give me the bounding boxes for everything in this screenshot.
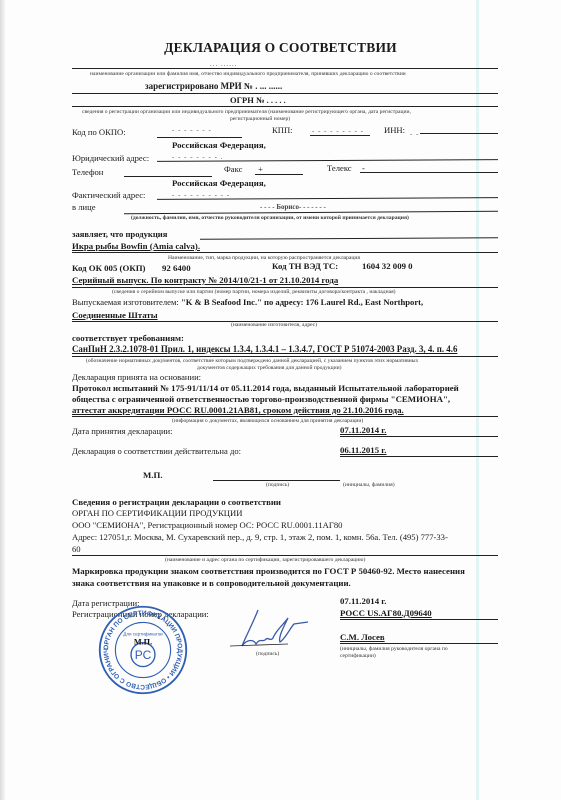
requirements: СанПиН 2.3.2.1078-01 Прил. 1, индексы 1.…: [72, 344, 457, 354]
org-name-caption: наименование организации или фамилия имя…: [90, 71, 406, 77]
kpp-line: [310, 135, 370, 136]
manufacturer-caption: (наименование изготовителя, адрес): [231, 322, 317, 328]
initials-caption: (инициалы, фамилия): [343, 482, 395, 488]
manufacturer: Выпускаемая изготовителем: "K & B Seafoo…: [72, 297, 423, 307]
inn-label: ИНН:: [384, 125, 405, 135]
telex-label: Телекс: [327, 163, 352, 173]
person-caption: (должность, фамилия, имя, отчество руков…: [131, 215, 409, 221]
svg-text:М.П.: М.П.: [134, 637, 152, 646]
head-name-line: [340, 643, 498, 644]
requirements-caption: (обозначение нормативных документов, соо…: [86, 358, 418, 364]
valid-until-value: 06.11.2015 г.: [340, 445, 387, 455]
serial-line: [72, 287, 498, 288]
legal-country: Российская Федерация,: [172, 140, 266, 150]
signature-caption: (подпись): [266, 482, 289, 488]
fax-label: Факс: [224, 164, 242, 174]
manufacturer-country: Соединенные Штаты: [72, 310, 158, 320]
okpo-value: - - - - - - -: [172, 126, 212, 134]
registration-heading: Сведения о регистрации декларации о соот…: [72, 497, 281, 507]
registration-address: 60: [72, 544, 81, 554]
telex-line: [360, 172, 498, 173]
scan-artifact-line: [476, 0, 479, 800]
basis-label: Декларация принята на основании:: [72, 372, 201, 382]
registration-caption: сведения о регистрации организации или и…: [82, 109, 411, 115]
serial-release: Серийный выпуск. По контракту № 2014/10/…: [72, 275, 338, 285]
head-caption: сертификации): [340, 653, 376, 659]
basis-line: [72, 416, 498, 417]
head-caption: (инициалы, фамилия руководителя органа п…: [340, 646, 448, 652]
svg-text:РС: РС: [135, 648, 152, 662]
reg-number-value: РОСС US.АГ80.Д09640: [340, 608, 432, 618]
actual-country: Российская Федерация,: [172, 178, 266, 188]
product-line: [72, 252, 498, 253]
acceptance-date-label: Дата принятия декларации:: [72, 426, 173, 436]
okpo-line: [157, 137, 242, 138]
fax-line: [255, 174, 303, 175]
serial-caption: (сведения о серийном выпуске или партии …: [112, 289, 396, 295]
registered-mri: зарегистрировано МРИ № . ... ......: [145, 81, 282, 91]
svg-text:Для сертификатов: Для сертификатов: [123, 631, 163, 636]
actual-address-label: Фактический адрес:: [72, 190, 145, 200]
valid-until-label: Декларация о соответствии действительна …: [72, 446, 241, 456]
registration-org: ООО "СЕМИОНА", Регистрационный номер ОС:…: [72, 520, 342, 530]
seal-stamp-icon: ОРГАН ПО СЕРТИФИКАЦИИ ПРОДУКЦИИ • ОБЩЕСТ…: [97, 604, 189, 696]
product-name: Икра рыбы Bowfin (Amia calva).: [72, 241, 200, 251]
manufacturer-value: "K & B Seafood Inc." по адресу: 176 Laur…: [181, 297, 423, 307]
legal-address-label: Юридический адрес:: [72, 153, 149, 163]
fax-value: +: [258, 164, 263, 174]
requirements-caption: документов содержащих требования для дан…: [197, 365, 342, 371]
signature-icon: [228, 608, 323, 653]
person-label: в лице: [72, 202, 96, 212]
divider: [72, 106, 498, 107]
acceptance-line: [340, 436, 498, 437]
reg-number-line: [340, 619, 498, 620]
document-title: ДЕКЛАРАЦИЯ О СООТВЕТСТВИИ: [0, 40, 561, 56]
org-name-value: ... ......: [210, 60, 238, 68]
signature-line: [213, 480, 340, 481]
declaration-page: ДЕКЛАРАЦИЯ О СООТВЕТСТВИИ ... ...... наи…: [0, 0, 561, 800]
mp-label: М.П.: [143, 470, 163, 480]
marking-line-2: знака соответствия на упаковке и в сопро…: [72, 578, 351, 588]
valid-until-line: [340, 456, 498, 457]
reg-date-value: 07.11.2014 г.: [340, 596, 387, 606]
complies-label: соответствует требованиям:: [72, 333, 184, 343]
kpp-value: - - - - - - - - -: [312, 127, 364, 135]
basis-line-2: общества с ограниченной ответственностью…: [72, 394, 450, 404]
okpo-label: Код по ОКПО:: [72, 127, 126, 137]
manufacturer-label: Выпускаемая изготовителем:: [72, 297, 179, 307]
divider: [72, 68, 498, 69]
registration-line: [72, 555, 498, 556]
declares-label: заявляет, что продукция: [72, 229, 167, 239]
inn-line: [420, 133, 498, 134]
ok005-label: Код ОК 005 (ОКП): [72, 263, 145, 273]
ogrn: ОГРН № . . . . .: [230, 95, 286, 105]
divider: [72, 93, 498, 94]
registration-caption: регистрационный номер): [230, 116, 290, 122]
declares-label-text: заявляет, что продукция: [72, 229, 167, 239]
scan-edge: [0, 0, 6, 800]
registration-address: Адрес: 127051,г. Москва, М. Сухаревский …: [72, 532, 448, 542]
phone-line: [124, 176, 212, 177]
declares-line: [200, 237, 498, 240]
acceptance-date-value: 07.11.2014 г.: [340, 425, 387, 435]
tnved-label: Код ТН ВЭД ТС:: [272, 261, 338, 271]
head-name: С.М. Лосев: [340, 632, 385, 642]
inn-value: - -: [410, 130, 419, 138]
marking-line-1: Маркировка продукции знаком соответствия…: [72, 566, 465, 576]
basis-line-3: аттестат аккредитации РОСС RU.0001.21АВ8…: [72, 405, 404, 415]
requirements-line: [72, 356, 498, 357]
phone-label: Телефон: [72, 167, 103, 177]
registration-address-caption: (наименование и адрес органа по сертифик…: [165, 557, 365, 563]
person-line: [124, 211, 498, 215]
registration-body: ОРГАН ПО СЕРТИФИКАЦИИ ПРОДУКЦИИ: [72, 508, 242, 518]
basis-line-1: Протокол испытаний № 175-91/11/14 от 05.…: [72, 383, 459, 393]
person-value: - - - - Борисо- - - - - - -: [260, 203, 326, 211]
kpp-label: КПП:: [272, 125, 293, 135]
ok005-value: 92 6400: [162, 263, 191, 273]
tnved-value: 1604 32 009 0: [362, 261, 413, 271]
reg-signature-caption: (подпись): [256, 651, 279, 657]
basis-caption: (информация о документах, являющихся осн…: [172, 418, 363, 424]
